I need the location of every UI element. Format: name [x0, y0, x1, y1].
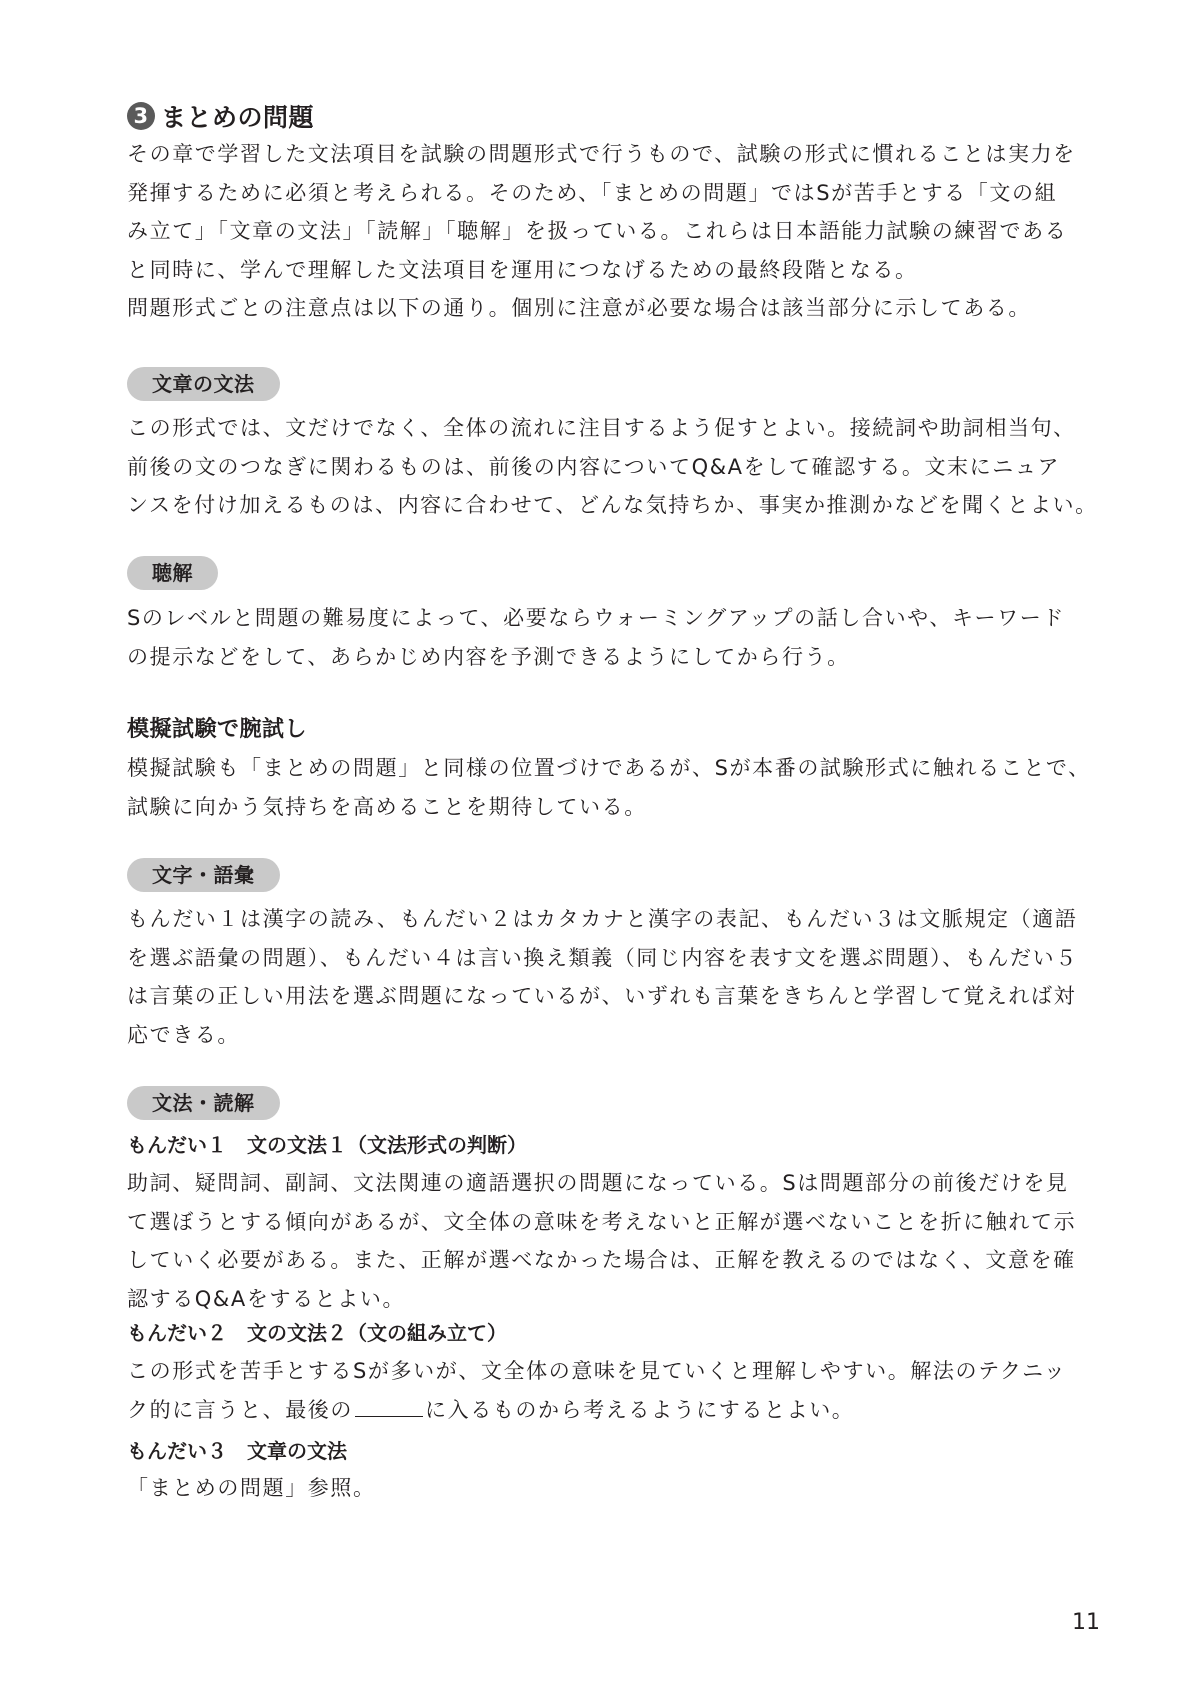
page-number: 11	[1072, 1610, 1100, 1635]
bunsho-no-bunpo-paragraph: この形式では、文だけでなく、全体の流れに注目するよう促すとよい。接続詞や助詞相当…	[127, 409, 1102, 525]
mondai2-paragraph: この形式を苦手とするSが多いが、文全体の意味を見ていくと理解しやすい。解法のテク…	[127, 1352, 1102, 1429]
moji-goi-paragraph: もんだい１は漢字の読み、もんだい２はカタカナと漢字の表記、もんだい３は文脈規定（…	[127, 900, 1102, 1054]
mondai3-paragraph: 「まとめの問題」参照。	[127, 1469, 1102, 1508]
label-pill-bunpo-dokkai: 文法・読解	[127, 1086, 280, 1120]
mogi-paragraph: 模擬試験も「まとめの問題」と同様の位置づけであるが、Sが本番の試験形式に触れるこ…	[127, 749, 1102, 826]
circled-number-icon: 3	[127, 102, 155, 130]
mogi-heading: 模擬試験で腕試し	[127, 715, 307, 745]
mondai1-heading: もんだい１ 文の文法１（文法形式の判断）	[127, 1130, 527, 1160]
section3-paragraph: その章で学習した文法項目を試験の問題形式で行うもので、試験の形式に慣れることは実…	[127, 135, 1102, 328]
chokai-paragraph: Sのレベルと問題の難易度によって、必要ならウォーミングアップの話し合いや、キーワ…	[127, 599, 1102, 676]
mondai1-paragraph: 助詞、疑問詞、副詞、文法関連の適語選択の問題になっている。Sは問題部分の前後だけ…	[127, 1164, 1102, 1318]
mondai2-heading: もんだい２ 文の文法２（文の組み立て）	[127, 1318, 507, 1348]
answer-blank	[355, 1394, 423, 1417]
section-heading-matome: 3 まとめの問題	[127, 98, 314, 134]
label-pill-moji-goi: 文字・語彙	[127, 858, 280, 892]
section-title: まとめの問題	[161, 98, 314, 134]
label-pill-chokai: 聴解	[127, 556, 218, 590]
label-pill-bunsho-no-bunpo: 文章の文法	[127, 367, 280, 401]
mondai2-line2: ク的に言うと、最後のに入るものから考えるようにするとよい。	[127, 1391, 1102, 1430]
mondai3-heading: もんだい３ 文章の文法	[127, 1436, 347, 1466]
